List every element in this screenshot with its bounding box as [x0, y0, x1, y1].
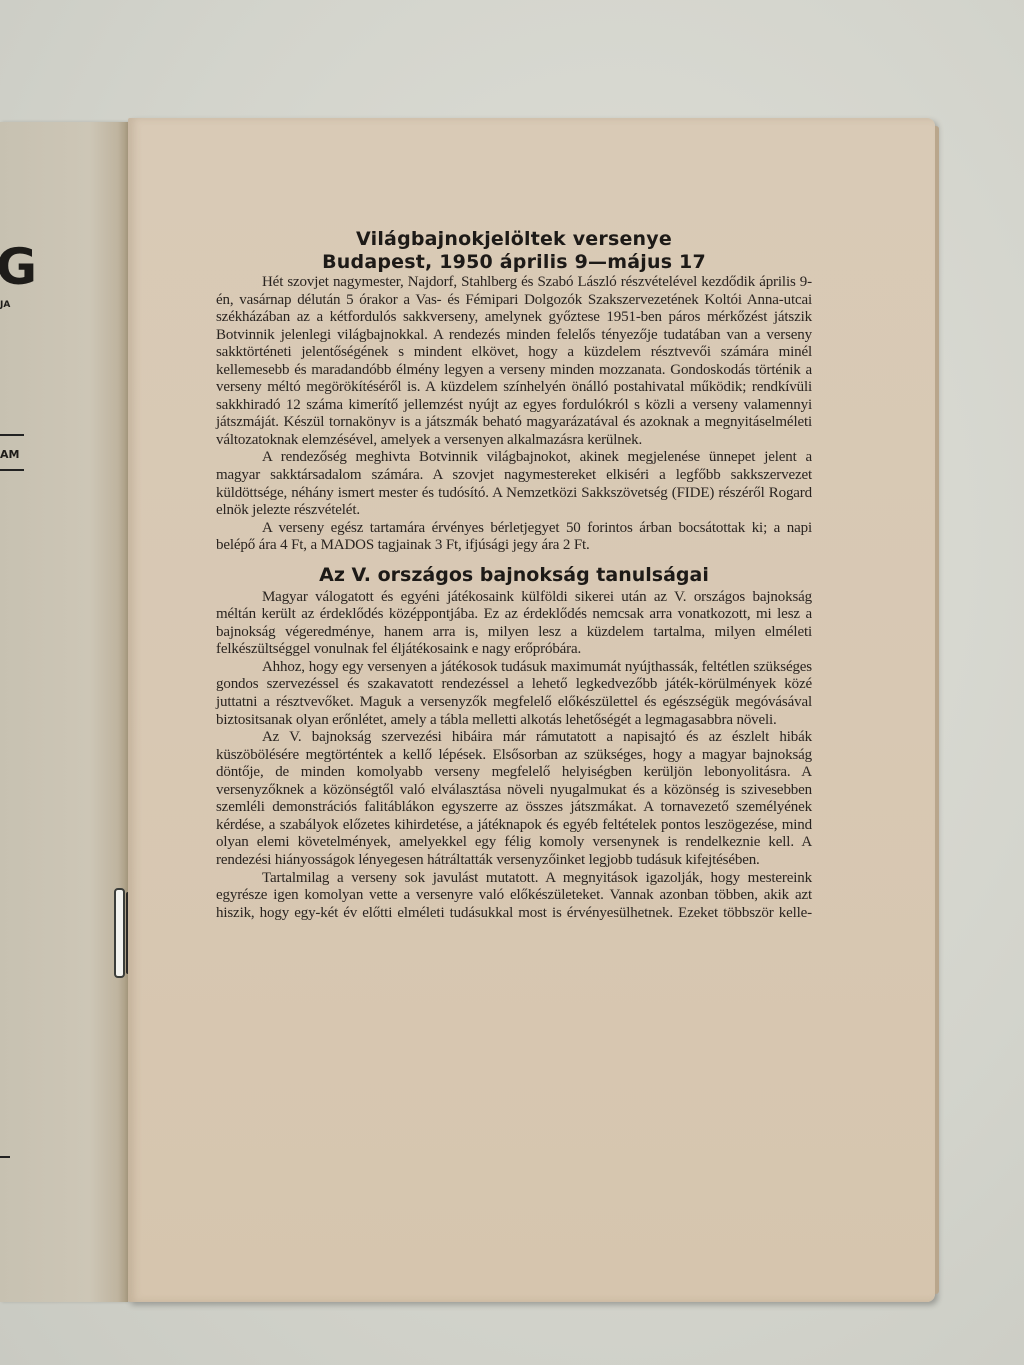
- cover-title-fragment: G: [0, 242, 36, 292]
- article-text-block: Világbajnokjelöltek versenye Budapest, 1…: [216, 228, 812, 922]
- right-page: Világbajnokjelöltek versenye Budapest, 1…: [128, 118, 935, 1302]
- article1-title: Világbajnokjelöltek versenye Budapest, 1…: [216, 228, 812, 274]
- article1-title-line1: Világbajnokjelöltek versenye: [356, 228, 672, 250]
- article1-title-line2: Budapest, 1950 április 9—május 17: [322, 251, 706, 273]
- article1-paragraph: Hét szovjet nagymester, Najdorf, Stahlbe…: [216, 274, 812, 449]
- article2-paragraph: Az V. bajnokság szervezési hibáira már r…: [216, 729, 812, 869]
- page-edge: [935, 126, 939, 1294]
- cover-rule-top: [0, 434, 24, 436]
- left-cover-page: G JA AM: [0, 122, 128, 1302]
- cover-rule-bottom: [0, 469, 24, 471]
- article2-paragraph: Magyar válogatott és egyéni játékosaink …: [216, 589, 812, 659]
- cover-subtitle-fragment: JA: [0, 300, 10, 310]
- article1-paragraph: A rendezőség meghivta Botvinnik világbaj…: [216, 449, 812, 519]
- article2-paragraph: Tartalmilag a verseny sok javulást mutat…: [216, 870, 812, 923]
- article2-title: Az V. országos bajnokság tanulságai: [216, 563, 812, 587]
- article1-paragraph: A verseny egész tartamára érvényes bérle…: [216, 520, 812, 555]
- cover-rule-lower: [0, 1156, 10, 1158]
- article2-paragraph: Ahhoz, hogy egy versenyen a játékosok tu…: [216, 659, 812, 729]
- cover-label-fragment: AM: [0, 448, 19, 461]
